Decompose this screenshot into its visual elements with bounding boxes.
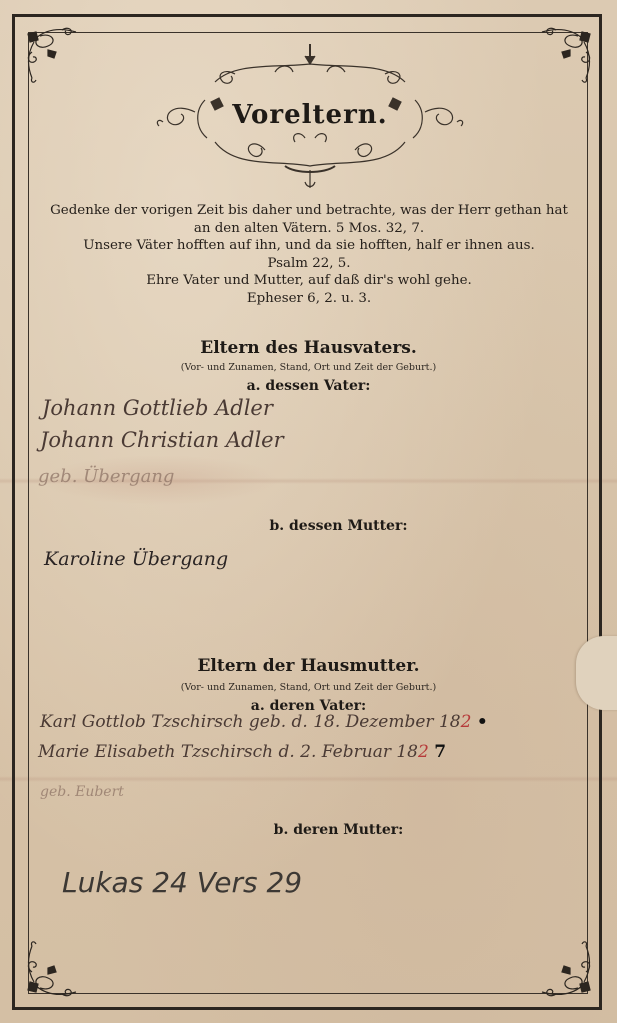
- section-note: (Vor- und Zunamen, Stand, Ort und Zeit d…: [0, 682, 617, 693]
- entry-text: Karl Gottlob Tzschirsch geb. d. 18. Deze…: [40, 712, 461, 732]
- label-father: a. dessen Vater:: [0, 378, 617, 394]
- corner-flourish-icon: [18, 22, 82, 86]
- section-heading-father-parents: Eltern des Hausvaters.: [0, 338, 617, 358]
- corner-flourish-icon: [536, 938, 600, 1002]
- verse-line: an den alten Vätern. 5 Mos. 32, 7.: [34, 220, 584, 238]
- handwritten-entry: geb. Übergang: [38, 466, 174, 487]
- scripture-verses: Gedenke der vorigen Zeit bis daher und b…: [34, 202, 584, 307]
- handwritten-entry: geb. Eubert: [40, 784, 124, 800]
- corner-flourish-icon: [536, 22, 600, 86]
- handwritten-entry: Karoline Übergang: [44, 548, 228, 570]
- handwritten-entry: Karl Gottlob Tzschirsch geb. d. 18. Deze…: [40, 712, 488, 732]
- label-mother: b. dessen Mutter:: [30, 518, 617, 534]
- section-note: (Vor- und Zunamen, Stand, Ort und Zeit d…: [0, 362, 617, 373]
- title-cartouche: Voreltern.: [155, 42, 465, 192]
- verse-line: Unsere Väter hofften auf ihn, und da sie…: [34, 237, 584, 255]
- handwritten-entry: Lukas 24 Vers 29: [62, 866, 302, 899]
- handwritten-entry: Johann Christian Adler: [40, 428, 284, 452]
- verse-line: Ehre Vater und Mutter, auf daß dir's woh…: [34, 272, 584, 290]
- document-page: Voreltern. Gedenke der vorigen Zeit bis …: [0, 0, 617, 1023]
- verse-line: Psalm 22, 5.: [34, 255, 584, 273]
- entry-text: Marie Elisabeth Tzschirsch d. 2. Februar…: [38, 742, 418, 762]
- section-heading-mother-parents: Eltern der Hausmutter.: [0, 656, 617, 676]
- page-title: Voreltern.: [155, 100, 465, 130]
- verse-line: Epheser 6, 2. u. 3.: [34, 290, 584, 308]
- verse-line: Gedenke der vorigen Zeit bis daher und b…: [34, 202, 584, 220]
- label-mother: b. deren Mutter:: [30, 822, 617, 838]
- handwritten-entry: Marie Elisabeth Tzschirsch d. 2. Februar…: [38, 742, 446, 762]
- red-digit: 2: [461, 712, 472, 732]
- corner-flourish-icon: [18, 938, 82, 1002]
- handwritten-entry: Johann Gottlieb Adler: [42, 396, 273, 420]
- ink-mark: 7: [434, 742, 446, 762]
- ink-mark: •: [477, 712, 488, 732]
- red-digit: 2: [418, 742, 429, 762]
